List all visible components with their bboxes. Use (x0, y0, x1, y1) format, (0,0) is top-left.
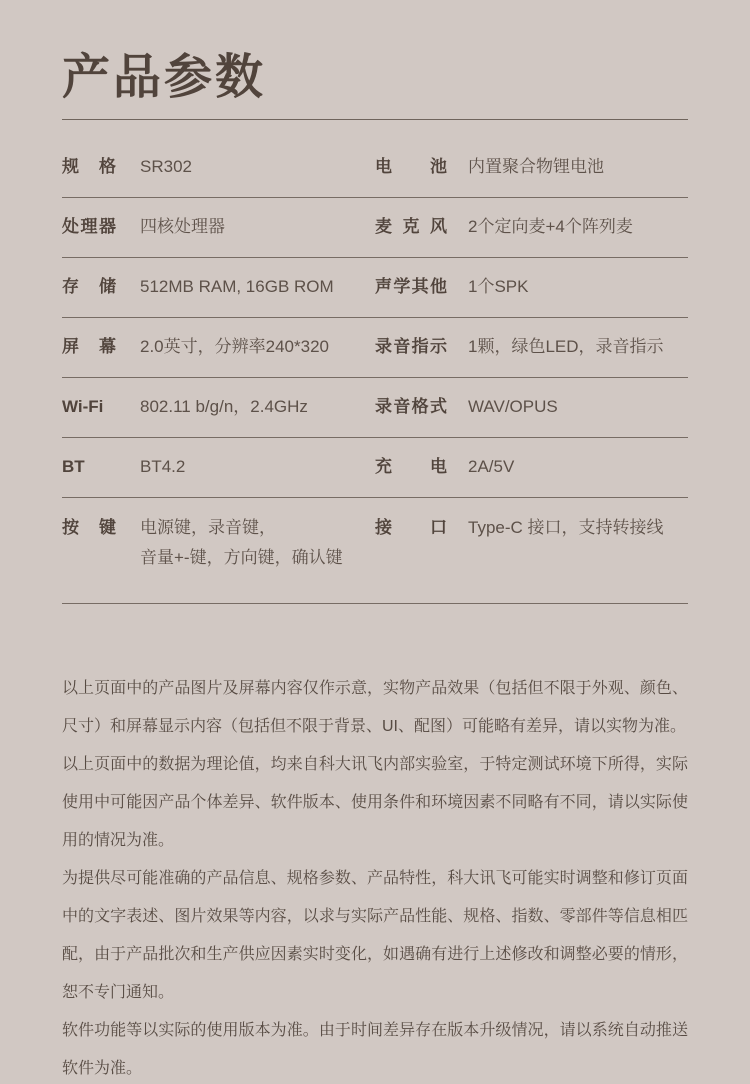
spec-cell: 处理器 四核处理器 (62, 212, 375, 242)
spec-value: WAV/OPUS (468, 392, 558, 422)
spec-label: 录音指示 (375, 332, 447, 357)
spec-cell: 录音格式 WAV/OPUS (375, 392, 688, 422)
product-parameters-page: 产品参数 规格 SR302 电池 内置聚合物锂电池 处理器 四核处理器 麦克风 … (0, 0, 750, 1084)
spec-row: 存储 512MB RAM, 16GB ROM 声学其他 1个SPK (62, 258, 688, 318)
spec-value: BT4.2 (140, 452, 185, 482)
spec-cell: 麦克风 2个定向麦+4个阵列麦 (375, 212, 688, 242)
disclaimer-paragraph: 以上页面中的产品图片及屏幕内容仅作示意，实物产品效果（包括但不限于外观、颜色、尺… (62, 670, 688, 746)
spec-cell: 充电 2A/5V (375, 452, 688, 482)
spec-label: 按键 (62, 513, 116, 538)
page-title: 产品参数 (62, 52, 688, 105)
spec-value: 512MB RAM, 16GB ROM (140, 272, 334, 302)
spec-value: 2个定向麦+4个阵列麦 (468, 212, 633, 242)
spec-cell: BT BT4.2 (62, 452, 375, 482)
spec-value: 1颗，绿色LED，录音指示 (468, 332, 664, 362)
spec-value: 2A/5V (468, 452, 514, 482)
spec-value: 内置聚合物锂电池 (468, 152, 604, 182)
spec-row: BT BT4.2 充电 2A/5V (62, 438, 688, 498)
spec-cell: 屏幕 2.0英寸，分辨率240*320 (62, 332, 375, 362)
spec-value: Type-C 接口，支持转接线 (468, 513, 664, 543)
spec-cell: 声学其他 1个SPK (375, 272, 688, 302)
spec-label: Wi-Fi (62, 397, 116, 417)
disclaimer-paragraph: 为提供尽可能准确的产品信息、规格参数、产品特性，科大讯飞可能实时调整和修订页面中… (62, 860, 688, 1012)
spec-value: 1个SPK (468, 272, 528, 302)
disclaimer-section: 以上页面中的产品图片及屏幕内容仅作示意，实物产品效果（包括但不限于外观、颜色、尺… (62, 670, 688, 1084)
spec-label: 麦克风 (375, 212, 447, 237)
spec-row: 屏幕 2.0英寸，分辨率240*320 录音指示 1颗，绿色LED，录音指示 (62, 318, 688, 378)
spec-row: 规格 SR302 电池 内置聚合物锂电池 (62, 138, 688, 198)
spec-label: 录音格式 (375, 392, 447, 417)
spec-label: 电池 (375, 152, 447, 177)
spec-label: 充电 (375, 452, 447, 477)
spec-label: 声学其他 (375, 272, 447, 297)
spec-cell: 按键 电源键，录音键， 音量+-键，方向键，确认键 (62, 513, 375, 573)
spec-cell: 存储 512MB RAM, 16GB ROM (62, 272, 375, 302)
spec-row: 按键 电源键，录音键， 音量+-键，方向键，确认键 接口 Type-C 接口，支… (62, 498, 688, 604)
spec-value: 2.0英寸，分辨率240*320 (140, 332, 329, 362)
spec-label: 存储 (62, 272, 116, 297)
spec-value: 802.11 b/g/n，2.4GHz (140, 392, 308, 422)
disclaimer-paragraph: 软件功能等以实际的使用版本为准。由于时间差异存在版本升级情况，请以系统自动推送软… (62, 1012, 688, 1084)
title-block: 产品参数 (62, 0, 688, 120)
spec-value: 电源键，录音键， 音量+-键，方向键，确认键 (140, 513, 343, 573)
spec-label: 接口 (375, 513, 447, 538)
spec-label: 屏幕 (62, 332, 116, 357)
spec-cell: 规格 SR302 (62, 152, 375, 182)
spec-table: 规格 SR302 电池 内置聚合物锂电池 处理器 四核处理器 麦克风 2个定向麦… (62, 138, 688, 604)
spec-label: BT (62, 457, 116, 477)
spec-cell: 录音指示 1颗，绿色LED，录音指示 (375, 332, 688, 362)
spec-row: Wi-Fi 802.11 b/g/n，2.4GHz 录音格式 WAV/OPUS (62, 378, 688, 438)
spec-cell: Wi-Fi 802.11 b/g/n，2.4GHz (62, 392, 375, 422)
spec-value: SR302 (140, 152, 192, 182)
disclaimer-paragraph: 以上页面中的数据为理论值，均来自科大讯飞内部实验室，于特定测试环境下所得，实际使… (62, 746, 688, 860)
spec-value: 四核处理器 (140, 212, 225, 242)
spec-label: 处理器 (62, 212, 116, 237)
spec-row: 处理器 四核处理器 麦克风 2个定向麦+4个阵列麦 (62, 198, 688, 258)
spec-cell: 接口 Type-C 接口，支持转接线 (375, 513, 688, 543)
spec-cell: 电池 内置聚合物锂电池 (375, 152, 688, 182)
spec-label: 规格 (62, 152, 116, 177)
